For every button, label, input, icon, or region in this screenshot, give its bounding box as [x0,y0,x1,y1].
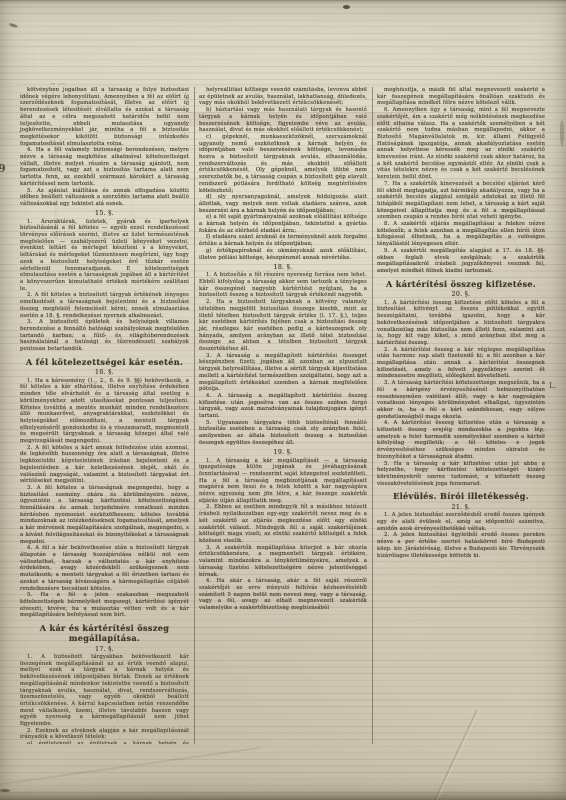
paragraph: 7. Ha a szakértők kinevezését a becslési… [377,181,545,221]
paragraph: 3. A fél köteles a társaságnak megengedn… [20,485,189,545]
paragraph: kötvényben jogaiban áll a társaság a fol… [20,87,189,147]
paragraph: 2. Ha a biztosított tárgyaknak a kötvény… [199,299,367,353]
paragraph: 2. A fél köteles a biztosított tárgyak é… [20,292,189,319]
paragraph: e) a fél saját gyártmányainál azoknak el… [199,214,367,234]
scanned-document-page: kötvényben jogaiban áll a társaság a fol… [0,0,566,800]
paragraph: 4. A társaság a megállapított kártérítés… [199,393,367,420]
paragraph: d) oly nyersanyagoknál, amelyek feldolgo… [199,194,367,214]
section-number: 15. §. [20,210,189,217]
paragraph: helyreállítási költsége veendő számításb… [199,87,367,107]
paragraph: 3. A szakértők megállapítása kiterjed a … [199,545,367,579]
paragraph: a) épületeknél az épületnek a kárnak hel… [20,741,189,744]
paragraph: 4. Ha a fél valamely biztonsági berendez… [20,147,189,187]
paragraph: 9. A szakértői megállapítás alapjául a 1… [377,248,545,275]
paragraph: 3. A társaság kártérítési kötelezettsége… [377,380,545,420]
paragraph: 5. Ha a fél a jelen szakaszban megszabot… [20,592,189,619]
paragraph: g) értékpapíroknál és okmányoknál azok e… [199,248,367,261]
edge-smudge [560,120,564,146]
paragraph: 6. Amennyiben úgy a társaság, mint a fél… [377,107,545,181]
paper-edge-shadow [0,791,566,800]
paragraph: 2. A fél köteles a kárt annak felfedezés… [20,445,189,485]
paragraph: 5. Az ajánlat kiállítása és annak elfoga… [20,188,189,208]
paragraph: 2. A jelen biztosítási ügyletből eredő ö… [377,532,545,559]
section-number: 19. §. [199,449,367,456]
ink-speck [9,23,18,29]
paragraph: 3. A társaság a megállapított kártérítés… [199,353,367,393]
section-heading: A kártérítési összeg kifizetése. [377,279,545,289]
paragraph: 5. Ugyanazon tárgyakra több biztosítónál… [199,420,367,447]
paragraph: 3. A biztosított épületek és helyiségek … [20,319,189,353]
paragraph: 5. Ha a társaság a kár kifizetése után j… [377,461,545,488]
section-number: 20. §. [377,291,545,298]
paragraph: 2. A kártérítési összeg a kár végleges m… [377,347,545,381]
paragraph: 2. Ebben az esetben mindegyik fél a mási… [199,504,367,544]
left-edge-mark: 9 [0,162,6,175]
paragraph: 1. A biztosítás a fél részére nyereség f… [199,272,367,299]
paragraph: 4. A fél a kár bekövetkezése után a bizt… [20,545,189,592]
paragraph: 1. A jelen biztosítási szerződésből ered… [377,512,545,532]
section-heading: Elévülés. Bírói illetékesség. [377,491,545,501]
section-heading: A fél kötelezettségei kár esetén. [20,357,189,367]
section-number: 21. §. [377,504,545,511]
paragraph: b) háztartási vagy más használati tárgya… [199,107,367,134]
paragraph: 1. A biztosított tárgyakban bekövetkezet… [20,654,189,728]
paragraph: 4. A kártérítési összeg kifizetése után … [377,420,545,460]
paragraph: 1. Áruraktárak, üzletek, gyárak és iparh… [20,219,189,293]
paragraph: c) gépeknél, munkaeszközöknél, szerszámo… [199,134,367,194]
text-columns: kötvényben jogaiban áll a társaság a fol… [16,87,552,744]
column-middle: helyreállítási költsége veendő számításb… [194,87,372,744]
column-right: meghiúsítja, a másik fél által megneveze… [372,87,550,744]
paragraph: 2. Ezeknek az elveknek alapján a kár meg… [20,728,189,741]
column-left: kötvényben jogaiban áll a társaság a fol… [16,87,194,744]
section-heading: A kár és kártérítési összeg megállapítás… [20,623,189,643]
paragraph: 1. A társaság a kár megállapítását — a t… [199,458,367,505]
paragraph: f) eladásra szánt áruknál és terményekné… [199,234,367,247]
paper-crease [0,746,260,786]
section-number: 18. §. [199,264,367,271]
paragraph: 1. A kártérítési összeg kifizetése előtt… [377,300,545,347]
pencil-mark: ~ — [50,79,66,88]
section-number: 16. §. [20,369,189,376]
print-area-top-rule [16,84,550,85]
paragraph: 4. Ha akár a társaság, akár a fél saját … [199,578,367,612]
ink-speck [343,5,350,9]
section-number: 17. §. [20,646,189,653]
right-edge-mark: L. [549,381,557,390]
paragraph: 1. Ha a káresemény (1., 2., 6. és 9. §§)… [20,378,189,445]
paragraph: meghiúsítja, a másik fél által megneveze… [377,87,545,107]
paragraph: 8. A szakértői eljárás megállapításai a … [377,221,545,248]
paper-edge-shadow [0,0,566,4]
